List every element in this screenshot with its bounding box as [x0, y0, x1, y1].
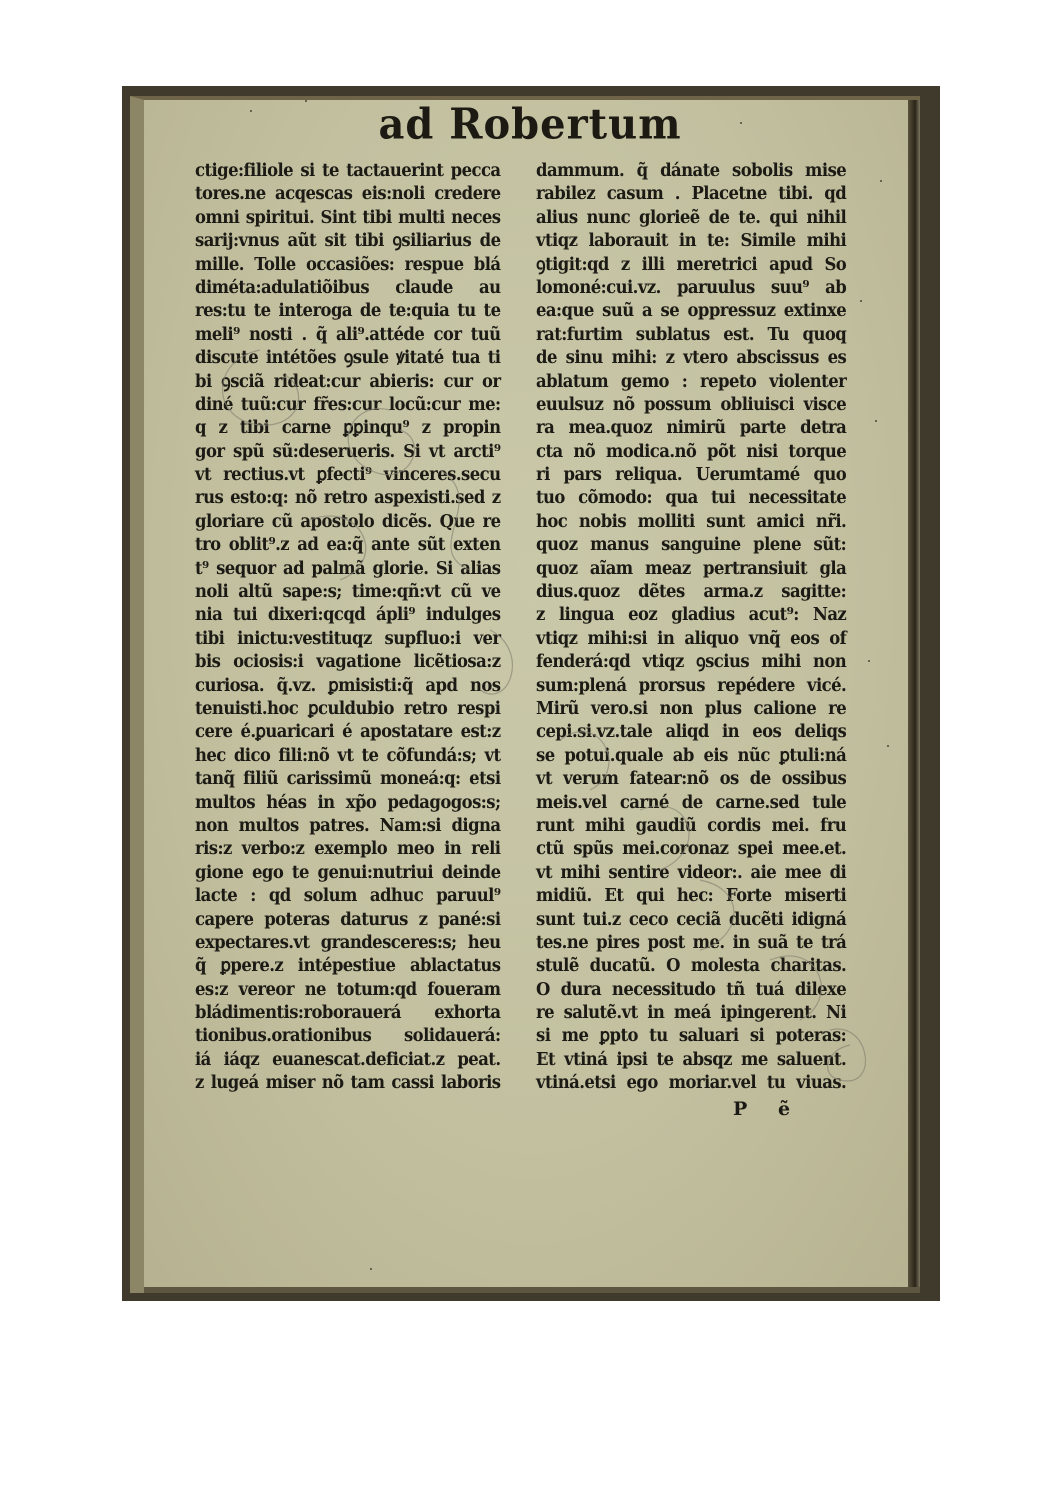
right-column-line: de sinu mihi: z vtero abscissus es: [536, 347, 846, 370]
right-column-line: ctũ spũs mei.coronaz spei mee.et.: [536, 838, 846, 861]
left-column-line: q z tibi carne ꝑꝑinqu⁹ z propin: [195, 417, 501, 440]
running-head: ad Robertum: [0, 99, 1060, 152]
left-column-line: diné tuũ:cur fr̃es:cur locũ:cur me:: [195, 394, 501, 417]
left-column-line: discute intétões ꝯsule ꝟitaté tua ti: [195, 347, 501, 370]
right-column-line: quoz manus sanguine plene sũt:: [536, 534, 846, 557]
right-column-line: vtiqz mihi:si in aliquo vnq̃ eos of: [536, 628, 846, 651]
left-column-line: nia tui dixeri:qcqd ápli⁹ indulges: [195, 604, 501, 627]
right-column-line: sunt tui.z ceco ceciã ducẽti idigná: [536, 909, 846, 932]
right-column-line: euulsuz nõ possum obliuisci visce: [536, 394, 846, 417]
left-column-line: mille. Tolle occasiões: respue blá: [195, 254, 501, 277]
left-column-line: cere é.ꝑuaricari é apostatare est:z: [195, 721, 501, 744]
left-column-line: hec dico fili:nõ vt te cõfundá:s; vt: [195, 745, 501, 768]
right-column-line: tuo cõmodo: qua tui necessitate: [536, 487, 846, 510]
left-column-line: tionibus.orationibus solidauerá:: [195, 1025, 501, 1048]
left-column-line: capere poteras daturus z pané:si: [195, 909, 501, 932]
right-column-line: sum:plená prorsus repédere vicé.: [536, 675, 846, 698]
right-column-line: tes.ne pires post me. in suã te trá: [536, 932, 846, 955]
left-column-line: multos héas in xp̃o pedagogos:s;: [195, 792, 501, 815]
right-column-line: lomoné:cui.vz. paruulus suu⁹ ab: [536, 277, 846, 300]
left-column-line: curiosa. q̃.vz. ꝑmisisti:q̃ apd nos: [195, 675, 501, 698]
left-column-line: lacte : qd solum adhuc paruul⁹: [195, 885, 501, 908]
right-column-line: si me ꝑpto tu saluari si poteras:: [536, 1025, 846, 1048]
right-column-line: vtiqz laborauit in te: Simile mihi: [536, 230, 846, 253]
right-column-line: rat:furtim sublatus est. Tu quoq: [536, 324, 846, 347]
left-column-line: es:z vereor ne totum:qd foueram: [195, 979, 501, 1002]
right-column-line: ablatum gemo : repeto violenter: [536, 371, 846, 394]
catchword-2: ẽ: [778, 1098, 790, 1120]
left-column-line: gloriare cũ apostolo dicẽs. Que re: [195, 511, 501, 534]
left-column-line: tro oblit⁹.z ad ea:q̃ ante sũt exten: [195, 534, 501, 557]
left-column-line: tibi inictu:vestituqz supfluo:i ver: [195, 628, 501, 651]
right-column-line: Et vtiná ipsi te absqz me saluent.: [536, 1049, 846, 1072]
left-text-column: ctige:filiole si te tactauerint peccator…: [195, 160, 520, 1096]
right-column-line: cta nõ modica.nõ põt nisi torque: [536, 441, 846, 464]
left-column-line: bis ociosis:i vagatione licẽtiosa:z: [195, 651, 501, 674]
right-column-line: alius nunc glorieẽ de te. qui nihil: [536, 207, 846, 230]
left-column-line: gione ego te genui:nutriui deinde: [195, 862, 501, 885]
left-column-line: vt rectius.vt ꝑfecti⁹ vinceres.secu: [195, 464, 501, 487]
left-column-line: sarij:vnus aũt sit tibi ꝯsiliarius de: [195, 230, 501, 253]
left-column-line: expectares.vt grandesceres:s; heu: [195, 932, 501, 955]
left-column-line: noli altũ sape:s; time:qñ:vt cũ ve: [195, 581, 501, 604]
right-column-line: O dura necessitudo tñ tuá dilexe: [536, 979, 846, 1002]
right-column-line: ri pars reliqua. Uerumtamé quo: [536, 464, 846, 487]
right-column-line: cepi.si.vz.tale aliqd in eos deliqs: [536, 721, 846, 744]
left-column-line: meli⁹ nosti . q̃ ali⁹.attéde cor tuũ: [195, 324, 501, 347]
right-column-line: dius.quoz dẽtes arma.z sagitte:: [536, 581, 846, 604]
right-column-line: stulẽ ducatũ. O molesta charitas.: [536, 955, 846, 978]
left-column-line: non multos patres. Nam:si digna: [195, 815, 501, 838]
right-column-line: vt verum fatear:nõ os de ossibus: [536, 768, 846, 791]
right-column-line: vtiná.etsi ego moriar.vel tu viuas.: [536, 1072, 846, 1095]
left-column-line: bládimentis:roborauerá exhorta: [195, 1002, 501, 1025]
right-column-line: fenderá:qd vtiqz ꝯscius mihi non: [536, 651, 846, 674]
left-column-line: omni spiritui. Sint tibi multi neces: [195, 207, 501, 230]
right-column-line: midiũ. Et qui hec: Forte miserti: [536, 885, 846, 908]
right-column-line: meis.vel carné de carne.sed tule: [536, 792, 846, 815]
left-column-line: tanq̃ filiũ carissimũ moneá:q: etsi: [195, 768, 501, 791]
left-column-line: ris:z verbo:z exemplo meo in reli: [195, 838, 501, 861]
left-column-line: tores.ne acqescas eis:noli credere: [195, 183, 501, 206]
left-column-line: diméta:adulatiõibus claude au: [195, 277, 501, 300]
left-column-line: rus esto:q: nõ retro aspexisti.sed z: [195, 487, 501, 510]
left-column-line: ctige:filiole si te tactauerint pecca: [195, 160, 501, 183]
catchword-1: P: [733, 1098, 747, 1120]
left-column-line: iá iáqz euanescat.deficiat.z peat.: [195, 1049, 501, 1072]
left-column-line: z lugeá miser nõ tam cassi laboris: [195, 1072, 501, 1095]
left-column-line: bi ꝯsciã rideat:cur abieris: cur or: [195, 371, 501, 394]
right-text-column: dammum. q̃ dánate sobolis miserabilez ca…: [536, 160, 866, 1096]
right-column-line: Mirũ vero.si non plus calione re: [536, 698, 846, 721]
right-column-line: se potui.quale ab eis nũc ꝑtuli:ná: [536, 745, 846, 768]
right-column-line: ra mea.quoz nimirũ parte detra: [536, 417, 846, 440]
left-column-line: q̃ ꝑpere.z intépestiue ablactatus: [195, 955, 501, 978]
left-column-line: tenuisti.hoc ꝑculdubio retro respi: [195, 698, 501, 721]
right-column-line: z lingua eoz gladius acut⁹: Naz: [536, 604, 846, 627]
right-column-line: rabilez casum . Placetne tibi. qd: [536, 183, 846, 206]
left-column-line: res:tu te interoga de te:quia tu te: [195, 300, 501, 323]
binding-edge: [908, 100, 920, 1293]
left-column-line: t⁹ sequor ad palmã glorie. Si alias: [195, 558, 501, 581]
page-bottom-edge: [144, 1287, 920, 1293]
right-column-line: re salutẽ.vt in meá ipingerent. Ni: [536, 1002, 846, 1025]
right-column-line: quoz aĩam meaz pertransiuit gla: [536, 558, 846, 581]
right-column-line: dammum. q̃ dánate sobolis mise: [536, 160, 846, 183]
right-column-line: runt mihi gaudiũ cordis mei. fru: [536, 815, 846, 838]
right-column-line: ꝯtigit:qd z illi meretrici apud So: [536, 254, 846, 277]
right-column-line: ea:que suũ a se oppressuz extinxe: [536, 300, 846, 323]
right-column-line: hoc nobis molliti sunt amici nr̃i.: [536, 511, 846, 534]
right-column-line: vt mihi sentire videor:. aie mee di: [536, 862, 846, 885]
left-column-line: gor spũ sũ:deserueris. Si vt arcti⁹: [195, 441, 501, 464]
